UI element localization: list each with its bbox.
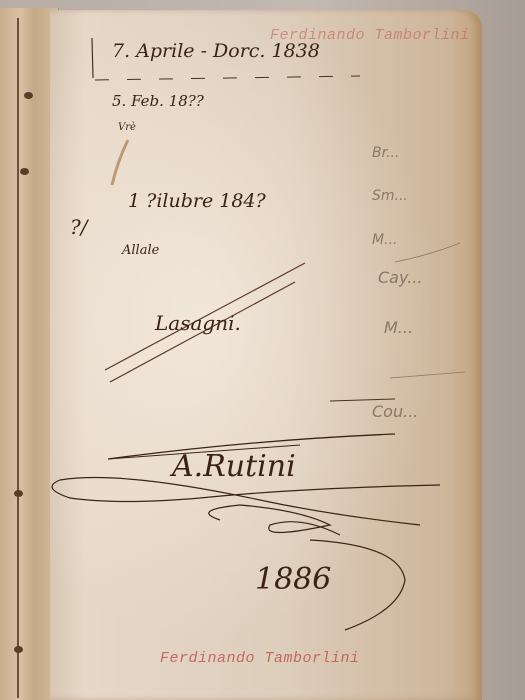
- binding-thread: [17, 18, 19, 698]
- top-note: 7. Aprile - Dorc. 1838: [112, 40, 320, 62]
- margin-pencil-note: M...: [372, 232, 397, 248]
- margin-pencil-note: Sm...: [372, 188, 408, 204]
- margin-pencil-note: Br...: [372, 145, 399, 161]
- margin-pencil-note: Cay...: [378, 268, 422, 287]
- date-line: 1 ?ilubre 184?: [128, 190, 266, 212]
- left-margin-mark: ?/: [70, 215, 87, 239]
- small-mark: Vrè: [118, 122, 136, 133]
- binding-knot: [20, 168, 29, 175]
- signature: A.Rutini: [172, 449, 296, 484]
- signature-year: 1886: [255, 562, 331, 597]
- binding-knot: [24, 92, 33, 99]
- binding-knot: [14, 646, 23, 653]
- owner-stamp-bottom: Ferdinando Tamborlini: [160, 650, 360, 667]
- crossed-out-name: Lasagni.: [155, 311, 241, 335]
- margin-pencil-note: Cou...: [372, 402, 418, 421]
- margin-pencil-note: M...: [384, 318, 413, 337]
- top-note-second-line: 5. Feb. 18??: [112, 92, 204, 110]
- attribution-note: Allale: [122, 243, 159, 258]
- binding-knot: [14, 490, 23, 497]
